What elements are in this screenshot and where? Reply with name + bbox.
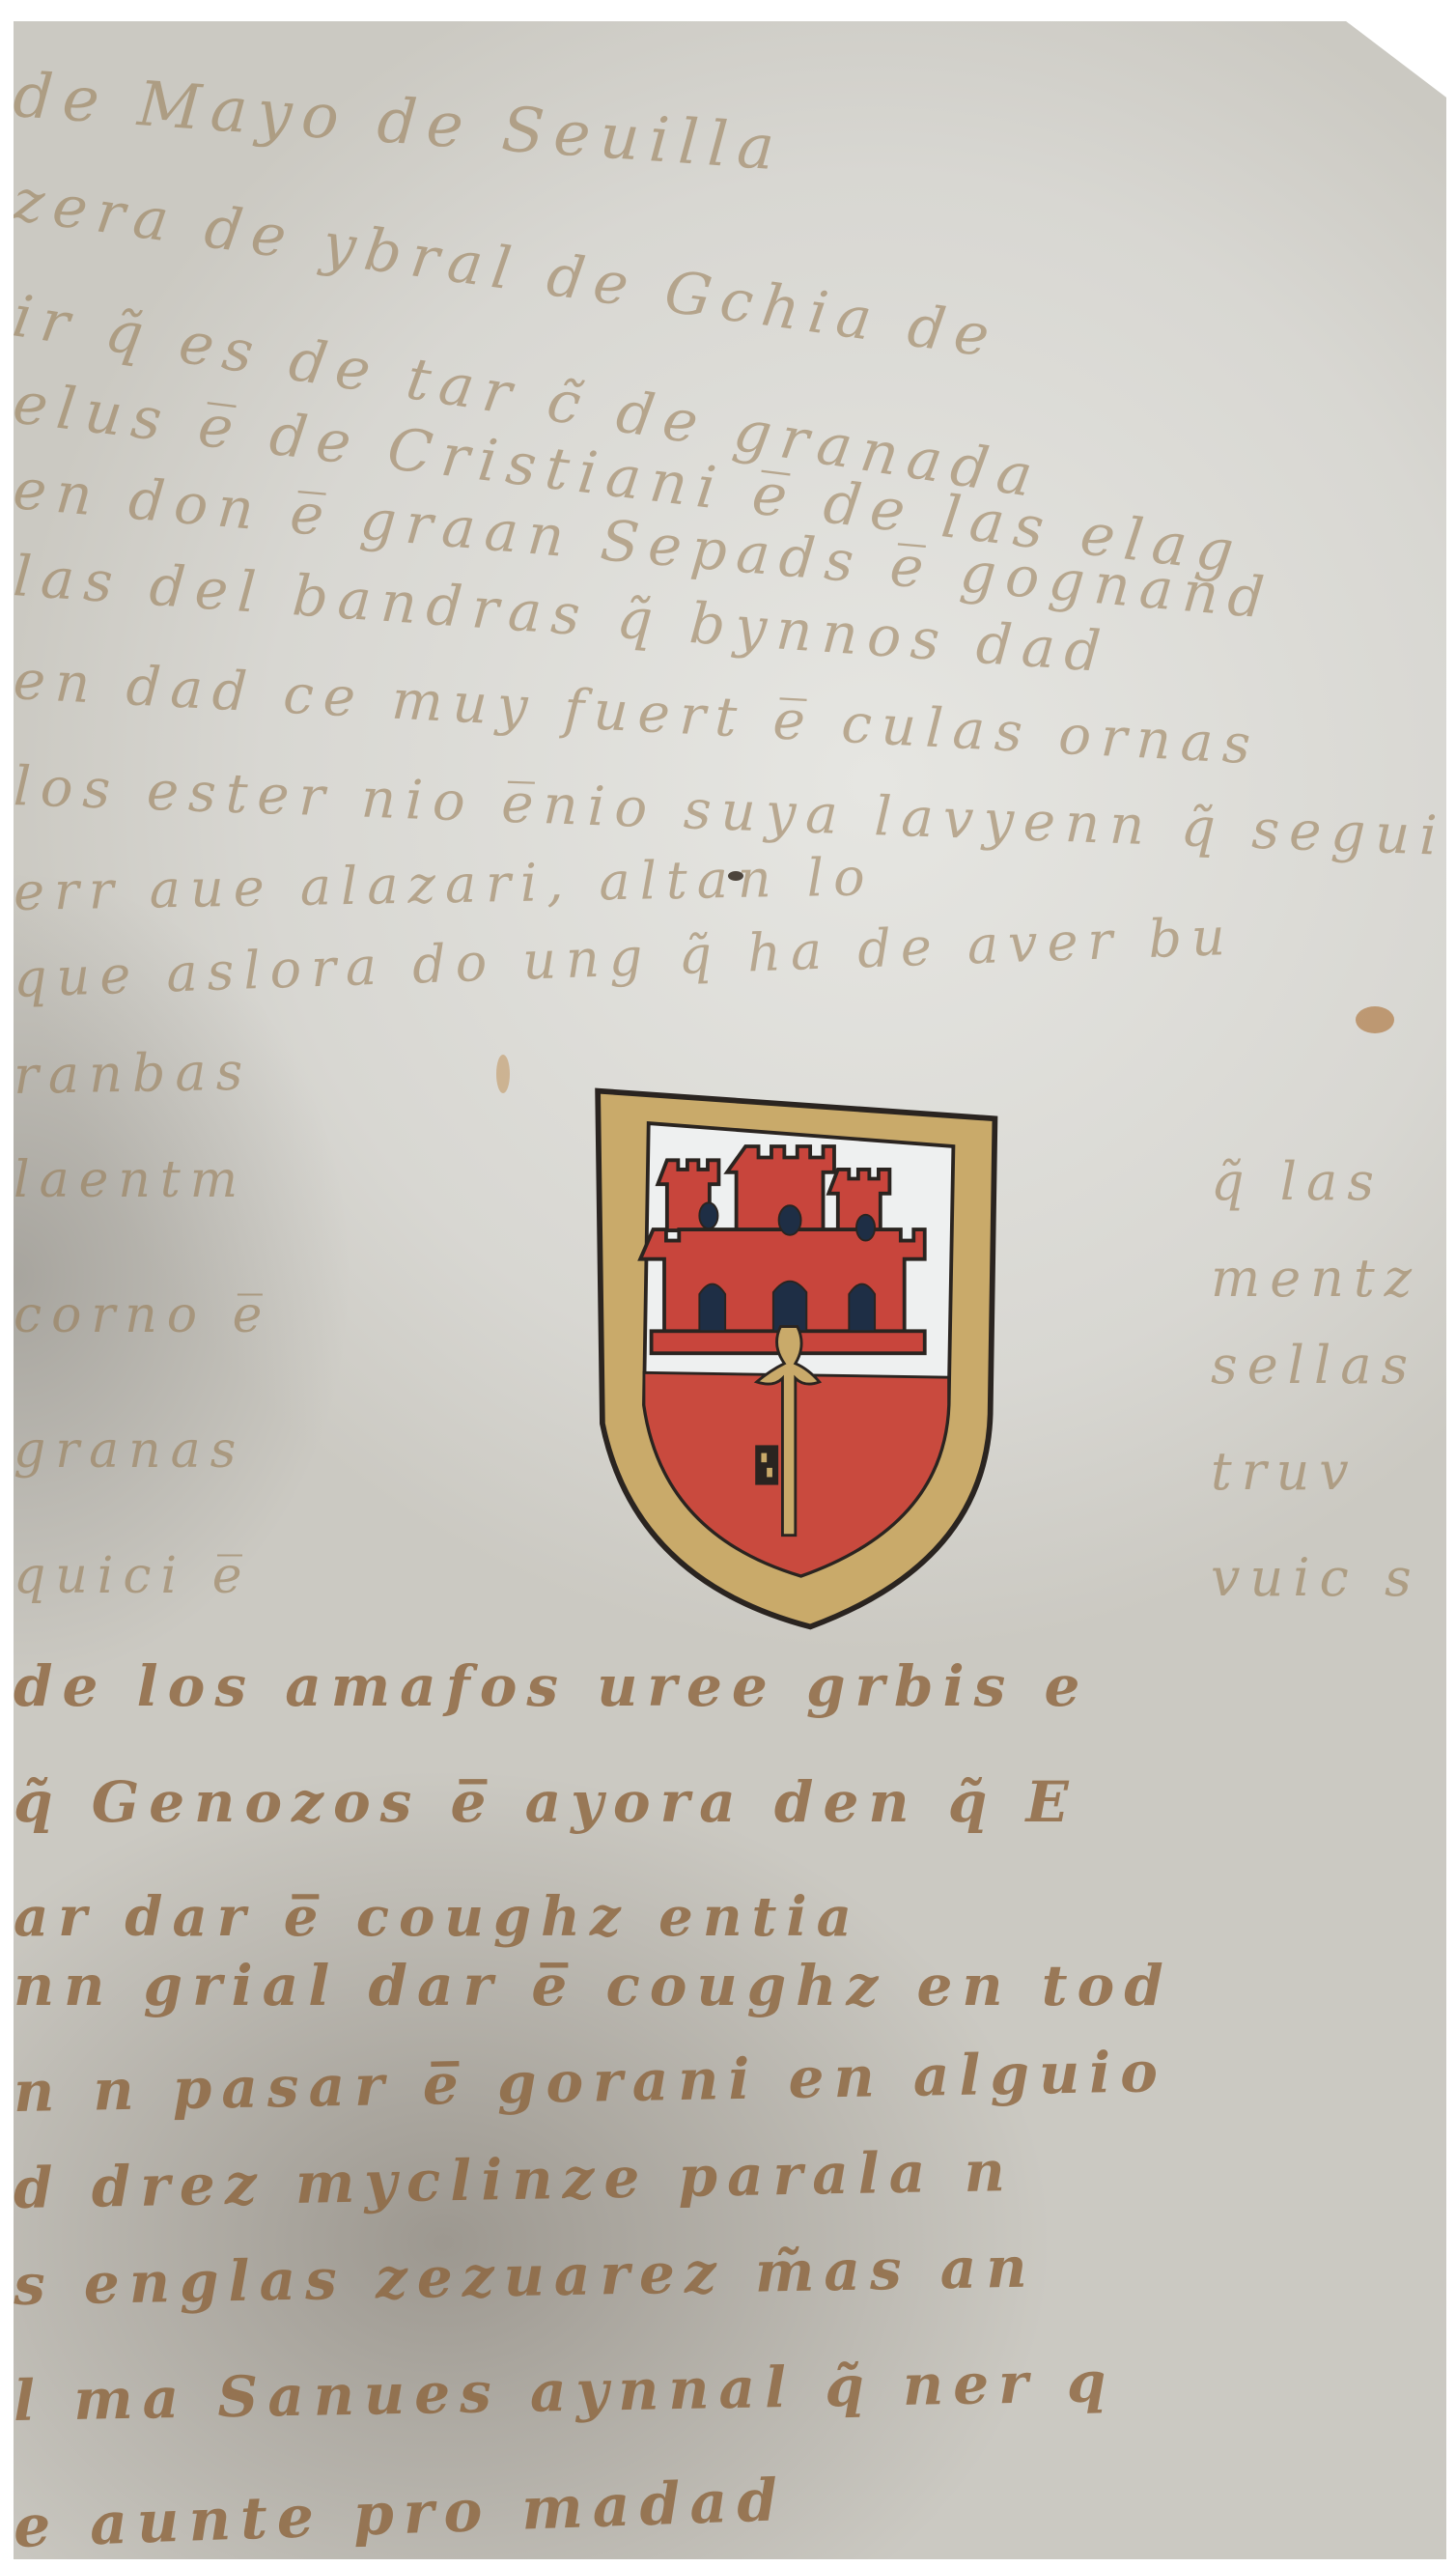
manuscript-line: de los amafos uree grbis e — [14, 1653, 1089, 1719]
manuscript-line: s englas zezuarez m̃as an — [14, 2235, 1037, 2318]
manuscript-line: granas — [14, 1422, 245, 1480]
manuscript-line: corno e̅ — [14, 1286, 271, 1344]
gibraltar-coat-of-arms — [579, 1074, 1004, 1644]
manuscript-line: nn grial dar e̅ coughz en tod — [14, 1953, 1173, 2018]
manuscript-line: laentm — [14, 1151, 247, 1209]
manuscript-line: ranbas — [14, 1041, 253, 1106]
manuscript-line: d drez myclinze parala n — [14, 2138, 1015, 2221]
manuscript-line: err aue alazari, altan lo — [14, 846, 875, 922]
manuscript-photo: de Mayo de Seuillazera de ybral de Gchia… — [14, 21, 1446, 2559]
manuscript-right-line: truv — [1211, 1441, 1358, 1502]
manuscript-line: n n pasar e̅ gorani en alguio — [14, 2039, 1167, 2125]
manuscript-line: quici e̅ — [14, 1547, 251, 1605]
manuscript-right-line: vuic s — [1211, 1547, 1421, 1608]
manuscript-right-line: sellas — [1211, 1335, 1417, 1396]
manuscript-line: e aunte pro madad — [14, 2467, 788, 2559]
manuscript-line: l ma Sanues aynnal q̃ ner q — [14, 2349, 1116, 2434]
manuscript-right-line: q̃ las — [1211, 1151, 1384, 1212]
manuscript-line: que aslora do ung q̃ ha de aver bu — [14, 906, 1236, 1009]
ink-stain — [496, 1055, 510, 1093]
manuscript-line: ar dar e̅ coughz entia — [14, 1885, 861, 1949]
manuscript-right-line: mentz — [1211, 1248, 1421, 1309]
ink-stain — [728, 871, 743, 881]
manuscript-line: q̃ Genozos e̅ ayora den q̃ E — [14, 1769, 1078, 1835]
manuscript-line: de Mayo de Seuilla — [14, 60, 786, 185]
ink-stain — [1356, 1006, 1394, 1033]
